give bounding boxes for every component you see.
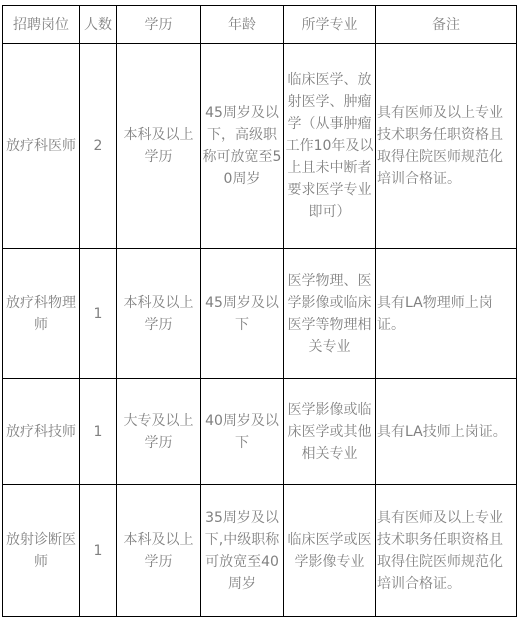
header-age: 年龄	[201, 6, 284, 44]
cell-position: 放疗科医师	[3, 44, 80, 249]
cell-age: 45周岁及以下，高级职称可放宽至50周岁	[201, 44, 284, 249]
table-header: 招聘岗位 人数 学历 年龄 所学专业 备注	[3, 6, 517, 44]
cell-age: 45周岁及以下	[201, 249, 284, 379]
recruitment-table: 招聘岗位 人数 学历 年龄 所学专业 备注 放疗科医师 2 本科及以上学历 45…	[2, 5, 517, 617]
cell-age: 35周岁及以下,中级职称可放宽至40周岁	[201, 485, 284, 617]
cell-education: 本科及以上学历	[117, 44, 201, 249]
cell-major: 医学影像或临床医学或其他相关专业	[284, 379, 376, 485]
cell-count: 1	[80, 485, 117, 617]
cell-age: 40周岁及以下	[201, 379, 284, 485]
cell-note: 具有LA物理师上岗证。	[376, 249, 517, 379]
header-major: 所学专业	[284, 6, 376, 44]
cell-count: 1	[80, 249, 117, 379]
cell-major: 临床医学、放射医学、肿瘤学（从事肿瘤工作10年及以上且未中断者要求医学专业即可）	[284, 44, 376, 249]
table-row: 放疗科医师 2 本科及以上学历 45周岁及以下，高级职称可放宽至50周岁 临床医…	[3, 44, 517, 249]
cell-position: 放射诊断医师	[3, 485, 80, 617]
header-count: 人数	[80, 6, 117, 44]
cell-count: 1	[80, 379, 117, 485]
header-row: 招聘岗位 人数 学历 年龄 所学专业 备注	[3, 6, 517, 44]
table-row: 放疗科技师 1 大专及以上学历 40周岁及以下 医学影像或临床医学或其他相关专业…	[3, 379, 517, 485]
header-education: 学历	[117, 6, 201, 44]
table-row: 放射诊断医师 1 本科及以上学历 35周岁及以下,中级职称可放宽至40周岁 临床…	[3, 485, 517, 617]
cell-education: 本科及以上学历	[117, 249, 201, 379]
cell-note: 具有医师及以上专业技术职务任职资格且取得住院医师规范化培训合格证。	[376, 485, 517, 617]
cell-position: 放疗科技师	[3, 379, 80, 485]
cell-major: 临床医学或医学影像专业	[284, 485, 376, 617]
header-position: 招聘岗位	[3, 6, 80, 44]
cell-position: 放疗科物理师	[3, 249, 80, 379]
cell-note: 具有医师及以上专业技术职务任职资格且取得住院医师规范化培训合格证。	[376, 44, 517, 249]
cell-note: 具有LA技师上岗证。	[376, 379, 517, 485]
cell-major: 医学物理、医学影像或临床医学等物理相关专业	[284, 249, 376, 379]
header-note: 备注	[376, 6, 517, 44]
cell-count: 2	[80, 44, 117, 249]
cell-education: 本科及以上学历	[117, 485, 201, 617]
table-row: 放疗科物理师 1 本科及以上学历 45周岁及以下 医学物理、医学影像或临床医学等…	[3, 249, 517, 379]
table-body: 放疗科医师 2 本科及以上学历 45周岁及以下，高级职称可放宽至50周岁 临床医…	[3, 44, 517, 617]
cell-education: 大专及以上学历	[117, 379, 201, 485]
